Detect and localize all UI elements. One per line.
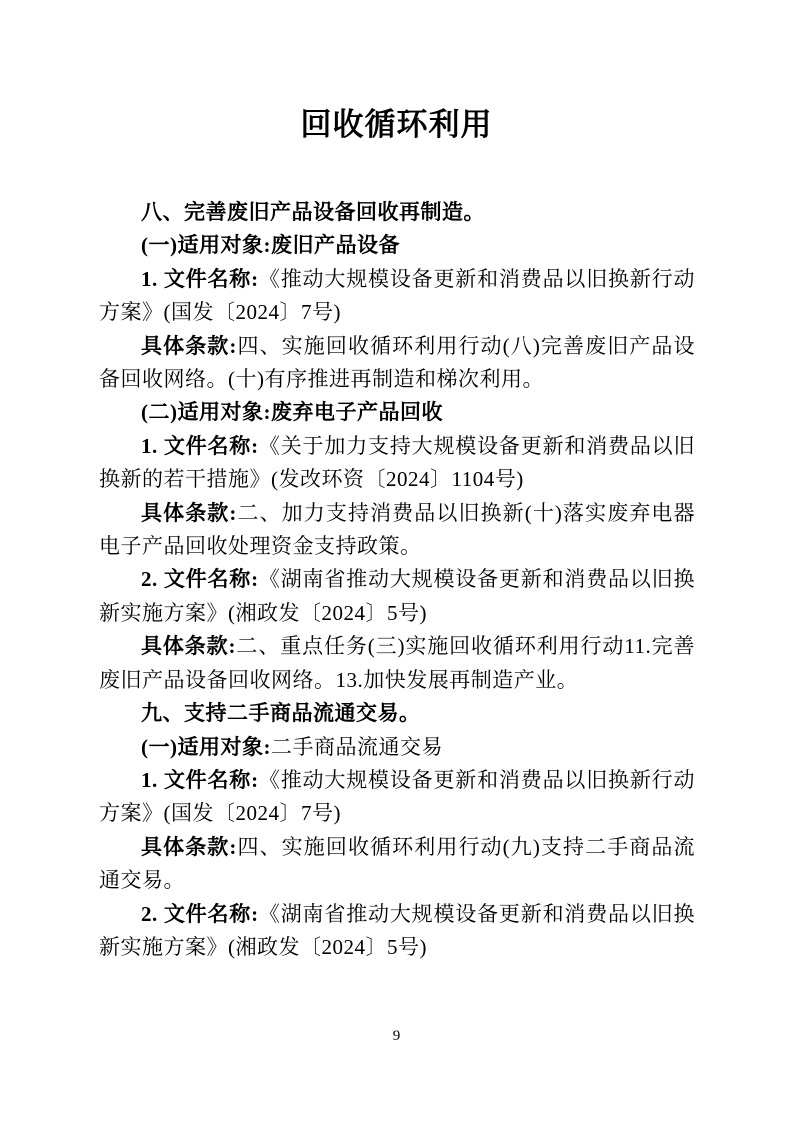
paragraph-section-heading: 八、完善废旧产品设备回收再制造。 [99,196,695,229]
paragraph-body: 2. 文件名称:《湖南省推动大规模设备更新和消费品以旧换新实施方案》(湘政发〔2… [99,563,695,630]
text-run: 九、支持二手商品流通交易。 [141,702,421,725]
text-run: (二)适用对象:废弃电子产品回收 [141,400,443,424]
paragraph-body: 具体条款:四、实施回收循环利用行动(九)支持二手商品流通交易。 [99,831,695,898]
paragraph-body: 2. 文件名称:《湖南省推动大规模设备更新和消费品以旧换新实施方案》(湘政发〔2… [99,898,695,965]
text-run: 具体条款: [141,634,236,658]
page-number: 9 [0,1026,793,1046]
text-run: (一)适用对象:废旧产品设备 [141,233,400,257]
paragraph-sub-heading: (二)适用对象:废弃电子产品回收 [99,396,695,429]
document-body: 八、完善废旧产品设备回收再制造。(一)适用对象:废旧产品设备1. 文件名称:《推… [99,196,695,964]
document-title: 回收循环利用 [0,104,793,146]
text-run: 具体条款: [141,501,237,525]
paragraph-section-heading: 九、支持二手商品流通交易。 [99,697,695,730]
text-run: 2. 文件名称: [141,902,259,926]
paragraph-sub-heading: (一)适用对象:二手商品流通交易 [99,731,695,764]
text-run: 1. 文件名称: [141,768,259,792]
document-page: 回收循环利用 八、完善废旧产品设备回收再制造。(一)适用对象:废旧产品设备1. … [0,0,793,1122]
paragraph-body: 具体条款:二、加力支持消费品以旧换新(十)落实废弃电器电子产品回收处理资金支持政… [99,497,695,564]
text-run: (一)适用对象: [141,735,271,759]
paragraph-sub-heading: (一)适用对象:废旧产品设备 [99,229,695,262]
paragraph-body: 1. 文件名称:《推动大规模设备更新和消费品以旧换新行动方案》(国发〔2024〕… [99,764,695,831]
paragraph-body: 具体条款:四、实施回收循环利用行动(八)完善废旧产品设备回收网络。(十)有序推进… [99,330,695,397]
paragraph-body: 1. 文件名称:《推动大规模设备更新和消费品以旧换新行动方案》(国发〔2024〕… [99,263,695,330]
paragraph-body: 1. 文件名称:《关于加力支持大规模设备更新和消费品以旧换新的若干措施》(发改环… [99,430,695,497]
text-run: 具体条款: [141,835,237,859]
text-run: 1. 文件名称: [141,434,259,458]
text-run: 二手商品流通交易 [271,735,443,759]
text-run: 八、完善废旧产品设备回收再制造。 [141,201,485,224]
text-run: 具体条款: [141,334,237,358]
paragraph-body: 具体条款:二、重点任务(三)实施回收循环利用行动11.完善废旧产品设备回收网络。… [99,630,695,697]
text-run: 2. 文件名称: [141,567,259,591]
text-run: 1. 文件名称: [141,267,259,291]
